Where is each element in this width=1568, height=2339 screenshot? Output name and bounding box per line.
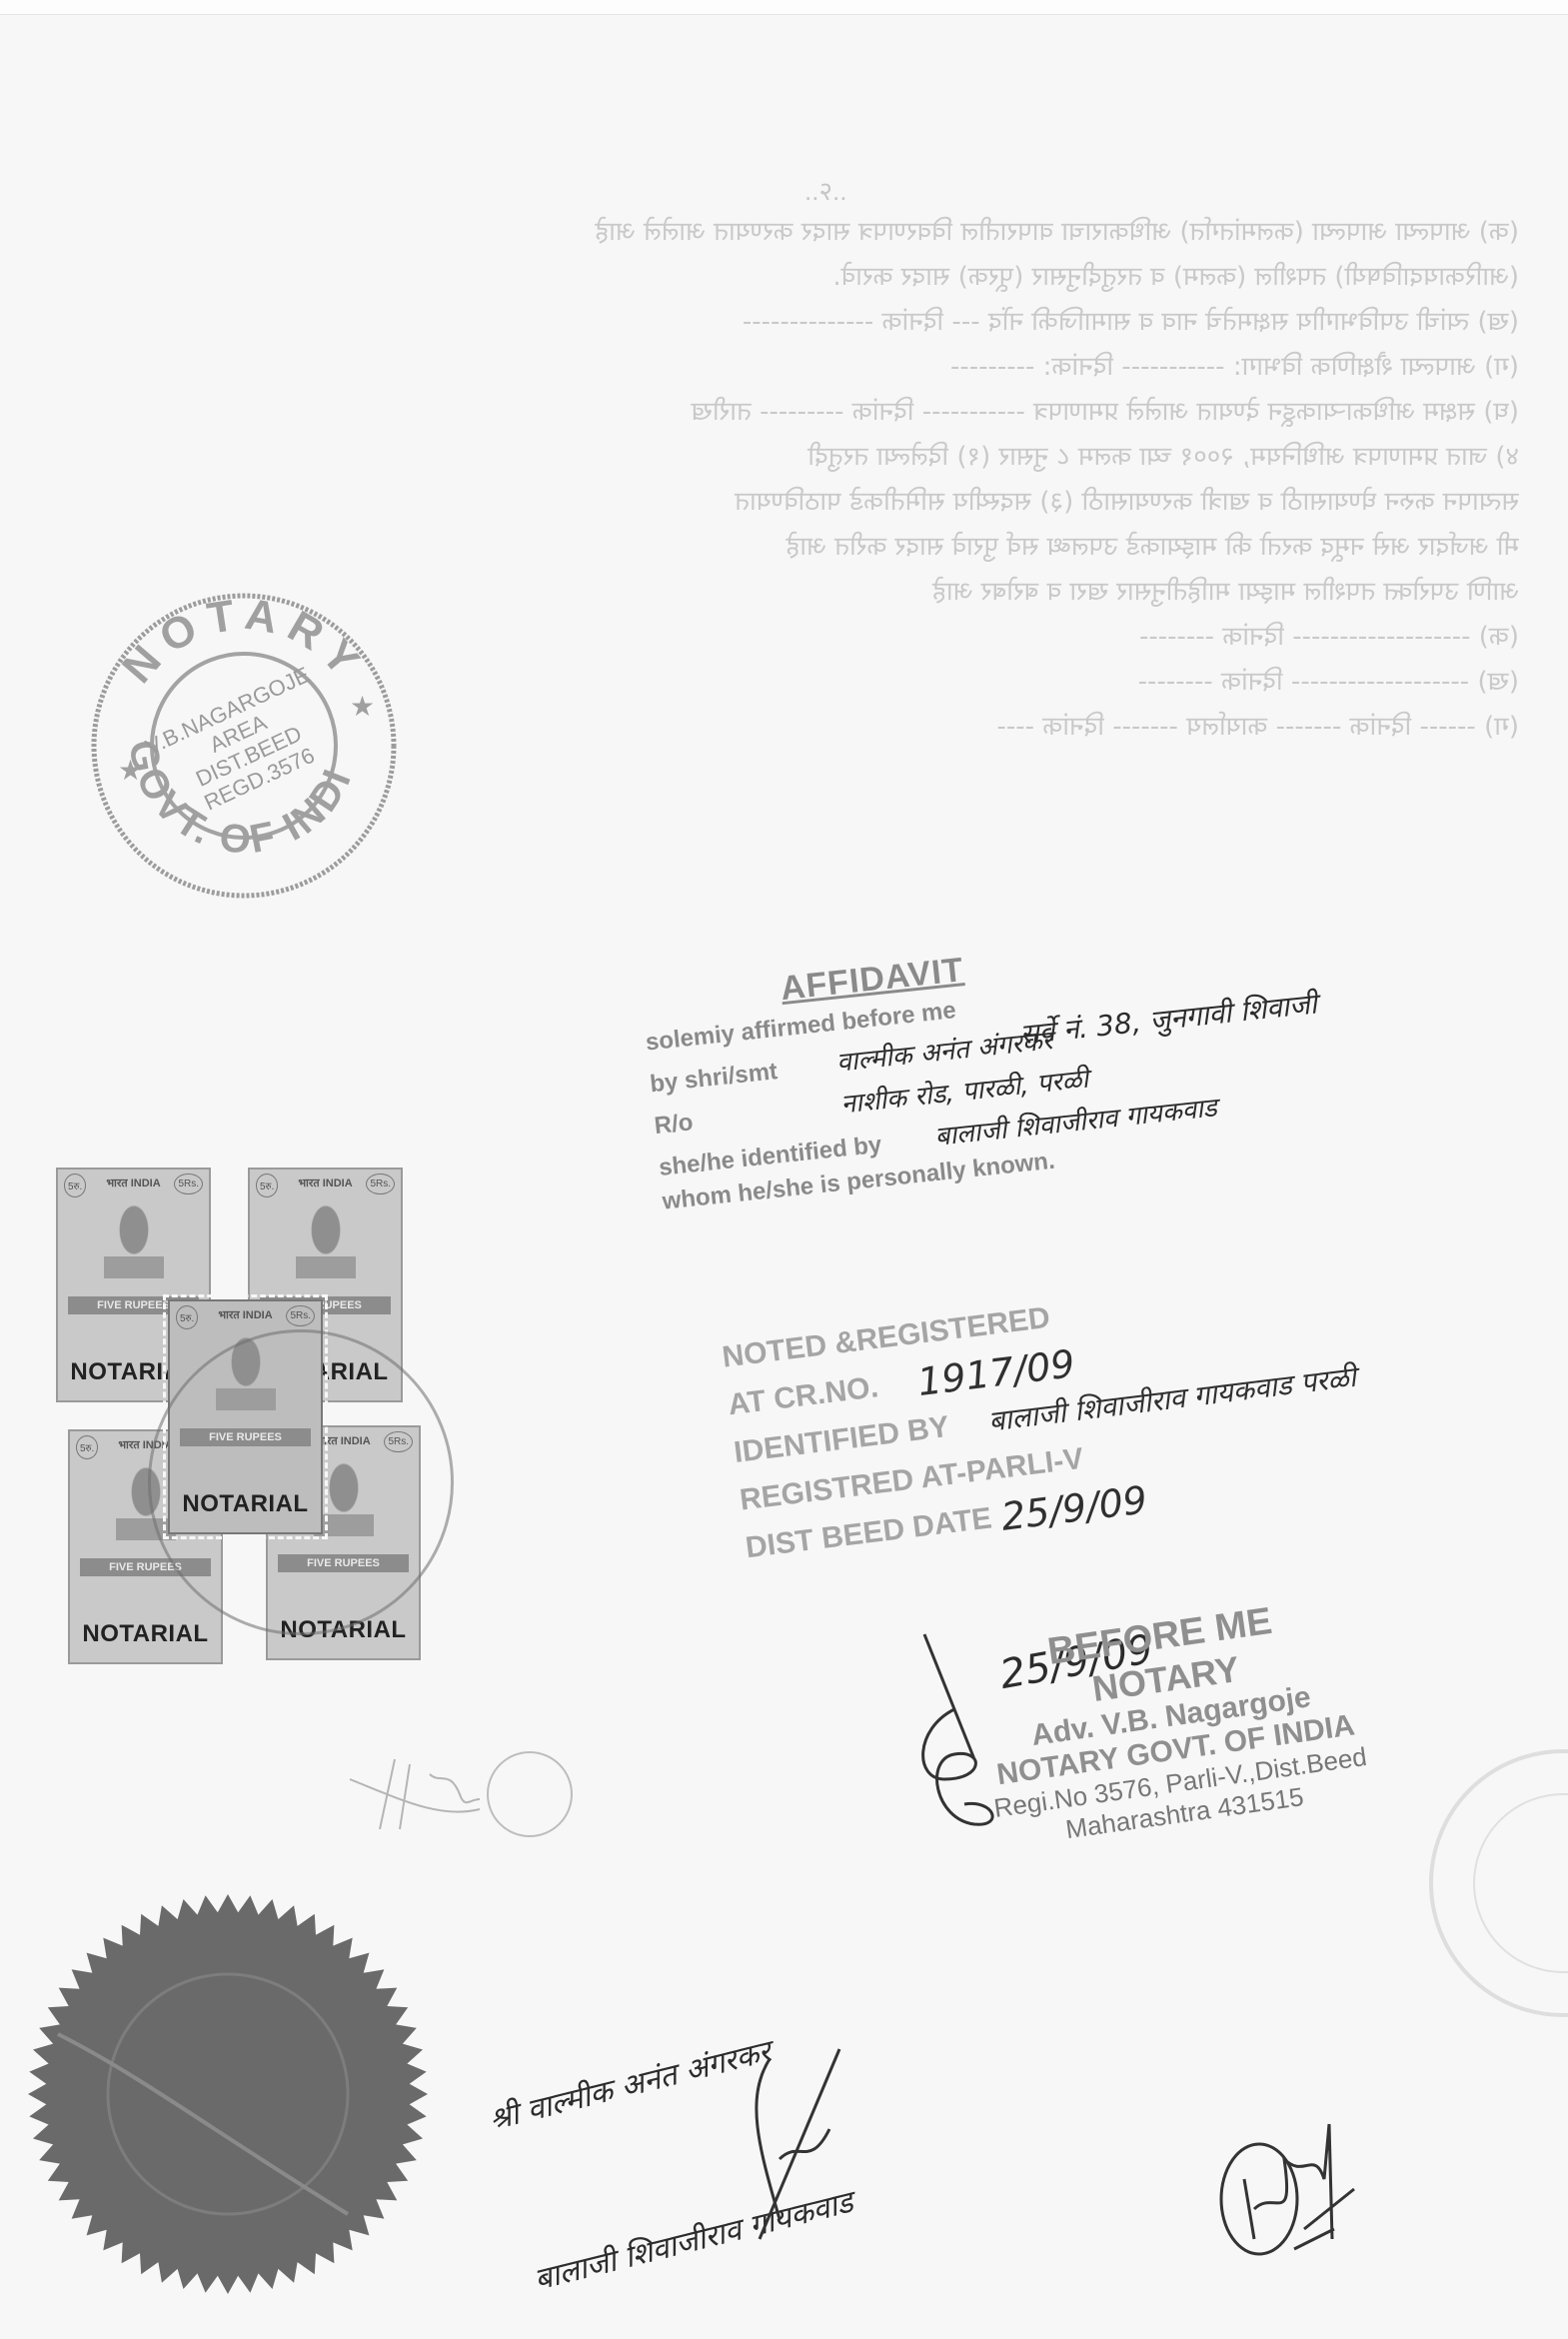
ashoka-emblem-icon <box>211 1330 281 1420</box>
bleed-through-line: (आरिकायदाविषयी) तपशील (कलम) व तरतुदीनुसा… <box>160 255 1519 300</box>
ashoka-emblem-icon <box>99 1198 169 1288</box>
svg-text:★: ★ <box>118 755 143 786</box>
svg-text:NOTARY: NOTARY <box>113 590 375 693</box>
revenue-stamp: 5रु. 5Rs. भारत INDIA FIVE RUPEES NOTARIA… <box>168 1299 323 1534</box>
svg-text:★: ★ <box>350 691 375 722</box>
deponent-signature <box>740 2039 869 2249</box>
faint-signature <box>340 1739 600 1849</box>
bleed-through-line: सत्यापन करुन घेण्यासाठी व खात्री करण्यास… <box>160 480 1519 525</box>
bleed-through-line: (घ) सक्षम अधिकाऱ्याकडून देण्यात आलेले प्… <box>160 390 1519 435</box>
notary-round-stamp: NOTARY GOVT. OF INDIA ★ ★ V.B.NAGARGOJE … <box>88 590 400 902</box>
notary-block-stamp: BEFORE ME NOTARY Adv. V.B. Nagargoje NOT… <box>919 1582 1424 1862</box>
page-marker: ..२.. <box>804 172 846 208</box>
affidavit-stamp: AFFIDAVIT solemiy affirmed before me by … <box>640 899 1479 1215</box>
notarial-revenue-stamps: 5रु. 5Rs. भारत INDIA FIVE RUPEES NOTARIA… <box>48 1160 428 1749</box>
bleed-through-line: (ख) त्यांची उपविभागीय सक्षमतेचे नाव व सा… <box>160 300 1519 345</box>
faint-edge-stamp <box>1429 1749 1568 2017</box>
notary-initials-signature <box>1214 2119 1364 2259</box>
paper-top-edge <box>0 0 1568 15</box>
bleed-through-line: (क) आपल्या आपल्या (कलमांतर्गत) अधिकाराचा… <box>160 210 1519 255</box>
bleed-through-line: (ग) आपल्या शैक्षणिक विभाग: ----------- द… <box>160 345 1519 390</box>
registration-stamp: NOTED &REGISTERED AT CR.NO.1917/09 IDENT… <box>720 1258 1370 1573</box>
deponent-signature-text: श्री वाल्मीक अनंत अंगरकर <box>485 2029 775 2139</box>
bleed-through-line: ४) जात प्रमाणपत्र अधिनियम, २००१ च्या कलम… <box>160 435 1519 480</box>
embossed-notary-seal <box>18 1884 438 2304</box>
bleed-through-line: मी अर्जदार असे नमूद करतो की माझ्याकडे उप… <box>160 525 1519 570</box>
ashoka-emblem-icon <box>291 1198 361 1288</box>
